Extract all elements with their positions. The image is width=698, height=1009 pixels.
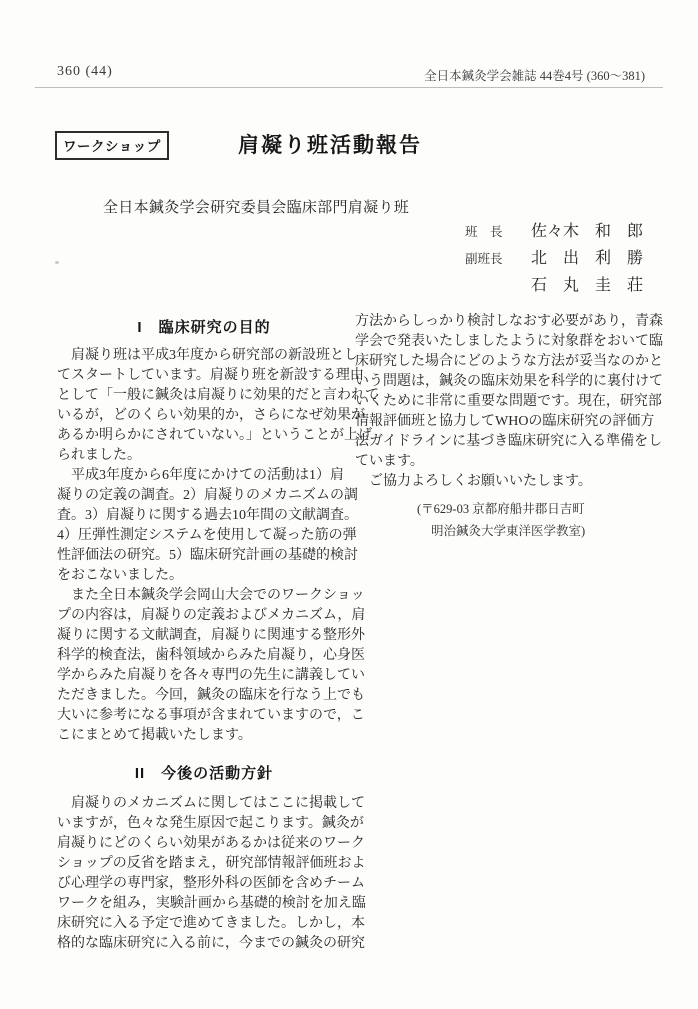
left-column: I 臨床研究の目的 肩凝り班は平成3年度から研究部の新設班としてスタートしていま… xyxy=(57,316,351,954)
page-number: 360 (44) xyxy=(57,64,113,80)
right-column-body: 方法からしっかり検討しなおす必要があり，青森学会で発表いたしましたように対象群を… xyxy=(355,312,649,492)
text-line: あるか明らかにされていない。」ということが上げ xyxy=(57,426,351,446)
section-2-body: 肩凝りのメカニズムに関してはここに掲載していますが，色々な発生原因で起こります。… xyxy=(57,794,351,954)
journal-citation: 全日本鍼灸学会雑誌 44巻4号 (360～381) xyxy=(424,66,645,84)
text-line: 肩凝りのメカニズムに関してはここに掲載して xyxy=(57,794,351,814)
member-name: 石 丸 圭 荘 xyxy=(531,272,643,295)
text-line: 方法からしっかり検討しなおす必要があり，青森 xyxy=(355,312,649,332)
text-line: 学会で発表いたしましたように対象群をおいて臨 xyxy=(355,332,649,352)
member-name: 佐々木 和 郎 xyxy=(531,218,643,241)
member-name: 北 出 利 勝 xyxy=(531,245,643,268)
text-line: いう問題は，鍼灸の臨床効果を科学的に裏付けて xyxy=(355,372,649,392)
member-role: 班 長 xyxy=(465,222,505,240)
section-heading-1: I 臨床研究の目的 xyxy=(57,316,351,338)
text-line: として「一般に鍼灸は肩凝りに効果的だと言われて xyxy=(57,386,351,406)
text-line: 4）圧弾性測定システムを使用して凝った筋の弾 xyxy=(57,526,351,546)
section-heading-2: II 今後の活動方針 xyxy=(57,762,351,784)
member-list: 班 長 佐々木 和 郎 副班長 北 出 利 勝 石 丸 圭 荘 xyxy=(465,218,643,299)
text-line: 凝りの定義の調査。2）肩凝りのメカニズムの調 xyxy=(57,486,351,506)
text-line: ています。 xyxy=(355,452,649,472)
text-line: ご協力よろしくお願いいたします。 xyxy=(355,472,649,492)
text-line: 床研究した場合にどのような方法が妥当なのかと xyxy=(355,352,649,372)
text-line: プの内容は，肩凝りの定義およびメカニズム，肩 xyxy=(57,606,351,626)
text-line: こにまとめて掲載いたします。 xyxy=(57,726,351,746)
text-line: 肩凝り班は平成3年度から研究部の新設班とし xyxy=(57,346,351,366)
member-role: 副班長 xyxy=(465,249,505,267)
text-line: 法ガイドラインに基づき臨床研究に入る準備をし xyxy=(355,432,649,452)
journal-page: 360 (44) 全日本鍼灸学会雑誌 44巻4号 (360～381) ワークショ… xyxy=(0,0,698,1009)
article-subtitle: 全日本鍼灸学会研究委員会臨床部門肩凝り班 xyxy=(103,196,409,217)
text-line: をおこないました。 xyxy=(57,566,351,586)
text-line: いますが，色々な発生原因で起こります。鍼灸が xyxy=(57,814,351,834)
text-line: 査。3）肩凝りに関する過去10年間の文献調査。 xyxy=(57,506,351,526)
member-row: 班 長 佐々木 和 郎 xyxy=(465,218,643,245)
text-line: 情報評価班と協力してWHOの臨床研究の評価方 xyxy=(355,412,649,432)
member-row: 石 丸 圭 荘 xyxy=(465,272,643,299)
text-line: 格的な臨床研究に入る前に，今までの鍼灸の研究 xyxy=(57,934,351,954)
text-line: 肩凝りにどのくらい効果があるかは従来のワーク xyxy=(57,834,351,854)
text-line: てスタートしています。肩凝り班を新設する理由 xyxy=(57,366,351,386)
text-line: 科学的検査法，歯科領域からみた肩凝り，心身医 xyxy=(57,646,351,666)
text-line: 大いに参考になる事項が含まれていますので，こ xyxy=(57,706,351,726)
text-line: 学からみた肩凝りを各々専門の先生に講義してい xyxy=(57,666,351,686)
text-line: 平成3年度から6年度にかけての活動は1）肩 xyxy=(57,466,351,486)
text-line: いくために非常に重要な問題です。現在，研究部 xyxy=(355,392,649,412)
text-line: 性評価法の研究。5）臨床研究計画の基礎的検討 xyxy=(57,546,351,566)
right-column: 方法からしっかり検討しなおす必要があり，青森学会で発表いたしましたように対象群を… xyxy=(355,312,649,542)
article-title: 肩凝り班活動報告 xyxy=(0,129,660,159)
text-line: いるが，どのくらい効果的か，さらになぜ効果が xyxy=(57,406,351,426)
text-line: ショップの反省を踏まえ，研究部情報評価班およ xyxy=(57,854,351,874)
header-rule xyxy=(35,87,663,88)
text-line: ワークを組み，実験計画から基礎的検討を加え臨 xyxy=(57,894,351,914)
section-1-body: 肩凝り班は平成3年度から研究部の新設班としてスタートしています。肩凝り班を新設す… xyxy=(57,346,351,746)
text-line: られました。 xyxy=(57,446,351,466)
text-line: び心理学の専門家，整形外科の医師を含めチーム xyxy=(57,874,351,894)
scan-artifact xyxy=(55,261,59,264)
text-line: 床研究に入る予定で進めてきました。しかし，本 xyxy=(57,914,351,934)
contact-address-line-2: 明治鍼灸大学東洋医学教室) xyxy=(355,520,649,542)
text-line: 凝りに関する文献調査，肩凝りに関連する整形外 xyxy=(57,626,351,646)
member-row: 副班長 北 出 利 勝 xyxy=(465,245,643,272)
text-line: ただきました。今回，鍼灸の臨床を行なう上でも xyxy=(57,686,351,706)
text-line: また全日本鍼灸学会岡山大会でのワークショッ xyxy=(57,586,351,606)
contact-address-line-1: (〒629-03 京都府船井郡日吉町 xyxy=(355,498,649,520)
